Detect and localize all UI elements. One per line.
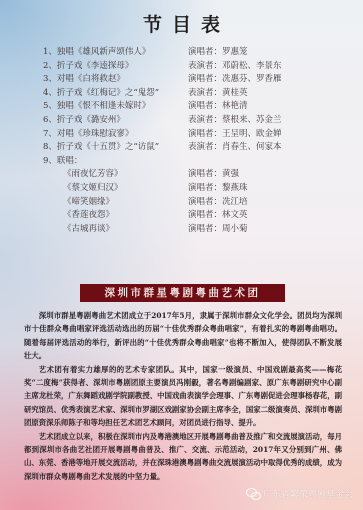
program-title: 7、对唱《珍珠慰寂寥》 [43,128,133,142]
medley-title: 《香莲夜怨》 [63,209,114,223]
medley-title: 《啼笑姻缘》 [63,196,114,210]
medley-item: 《啼笑姻缘》演唱者：冼江培 [43,196,343,210]
medley-performer: 演唱者：林文英 [188,209,248,223]
program-item: 7、对唱《珍珠慰寂寥》演唱者：王呈明、欧金婵 [43,128,343,142]
program-poster: 节目表 1、独唱《雄风新声颂伟人》演唱者：罗惠笼 2、折子戏《李逵探母》表演者：… [0,0,363,510]
medley-item: 《雨夜忆芳容》演唱者：黄强 [43,168,343,182]
medley-item: 《古城再谈》演唱者：周小菊 [43,223,343,237]
program-item: 4、折子戏《红梅记》之“鬼怨”表演者：黄桂英 [43,87,343,101]
troupe-name-banner: 深圳市群星粤剧粤曲艺术团 [80,284,285,302]
medley-item: 《蔡文姬归汉》演唱者：黎燕珠 [43,182,343,196]
program-performer: 演唱者：王呈明、欧金婵 [188,128,282,142]
intro-paragraph: 艺术团成立以来，积极在深圳市内及粤港澳地区开展粤剧粤曲普及推广和交流展演活动，每… [24,430,342,484]
program-performer: 表演者：邓蔚松、李景东 [188,60,282,74]
page-title: 节目表 [0,10,363,37]
program-performer: 演唱者：罗惠笼 [188,46,248,60]
program-title: 1、独唱《雄风新声颂伟人》 [43,46,150,60]
program-title: 5、独唱《恨不相逢未嫁时》 [43,100,150,114]
wechat-icon [246,488,260,499]
program-item: 3、对唱《白将救赵》演唱者：冼惠芬、罗香雁 [43,73,343,87]
intro-paragraph: 深圳市群星粤剧粤曲艺术团成立于2017年5月，隶属于深圳市群众文化学会。团员均为… [24,309,342,363]
program-list: 1、独唱《雄风新声颂伟人》演唱者：罗惠笼 2、折子戏《李逵探母》表演者：邓蔚松、… [43,46,343,236]
medley-item: 《香莲夜怨》演唱者：林文英 [43,209,343,223]
program-performer: 表演者：肖春生、何家本 [188,141,282,155]
program-title: 9、联唱： [43,155,82,169]
watermark-text: 广东省繁荣粤剧基金会 [263,487,353,500]
program-item: 8、折子戏《十五贯》之“访鼠”表演者：肖春生、何家本 [43,141,343,155]
watermark: 广东省繁荣粤剧基金会 [246,487,353,500]
program-title: 8、折子戏《十五贯》之“访鼠” [43,141,159,155]
medley-performer: 演唱者：冼江培 [188,196,248,210]
medley-title: 《古城再谈》 [63,223,114,237]
medley-title: 《蔡文姬归汉》 [63,182,123,196]
program-performer: 演唱者：冼惠芬、罗香雁 [188,73,282,87]
intro-paragraph: 艺术团有着实力雄厚的的艺术专家团队。其中，国家一级演员、中国戏剧最高奖——梅花奖… [24,363,342,430]
medley-title: 《雨夜忆芳容》 [63,168,123,182]
program-title: 2、折子戏《李逵探母》 [43,60,133,74]
troupe-introduction: 深圳市群星粤剧粤曲艺术团成立于2017年5月，隶属于深圳市群众文化学会。团员均为… [24,309,342,483]
program-performer: 表演者：蔡根来、苏金兰 [188,114,282,128]
program-title: 4、折子戏《红梅记》之“鬼怨” [43,87,159,101]
medley-performer: 演唱者：黎燕珠 [188,182,248,196]
medley-performer: 演唱者：黄强 [188,168,239,182]
program-title: 3、对唱《白将救赵》 [43,73,125,87]
program-item: 1、独唱《雄风新声颂伟人》演唱者：罗惠笼 [43,46,343,60]
program-performer: 表演者：黄桂英 [188,87,248,101]
program-performer: 演唱者：林艳清 [188,100,248,114]
program-item: 2、折子戏《李逵探母》表演者：邓蔚松、李景东 [43,60,343,74]
program-title: 6、折子戏《潞安州》 [43,114,125,128]
program-item: 6、折子戏《潞安州》表演者：蔡根来、苏金兰 [43,114,343,128]
program-item: 9、联唱： [43,155,343,169]
medley-performer: 演唱者：周小菊 [188,223,248,237]
program-item: 5、独唱《恨不相逢未嫁时》演唱者：林艳清 [43,100,343,114]
